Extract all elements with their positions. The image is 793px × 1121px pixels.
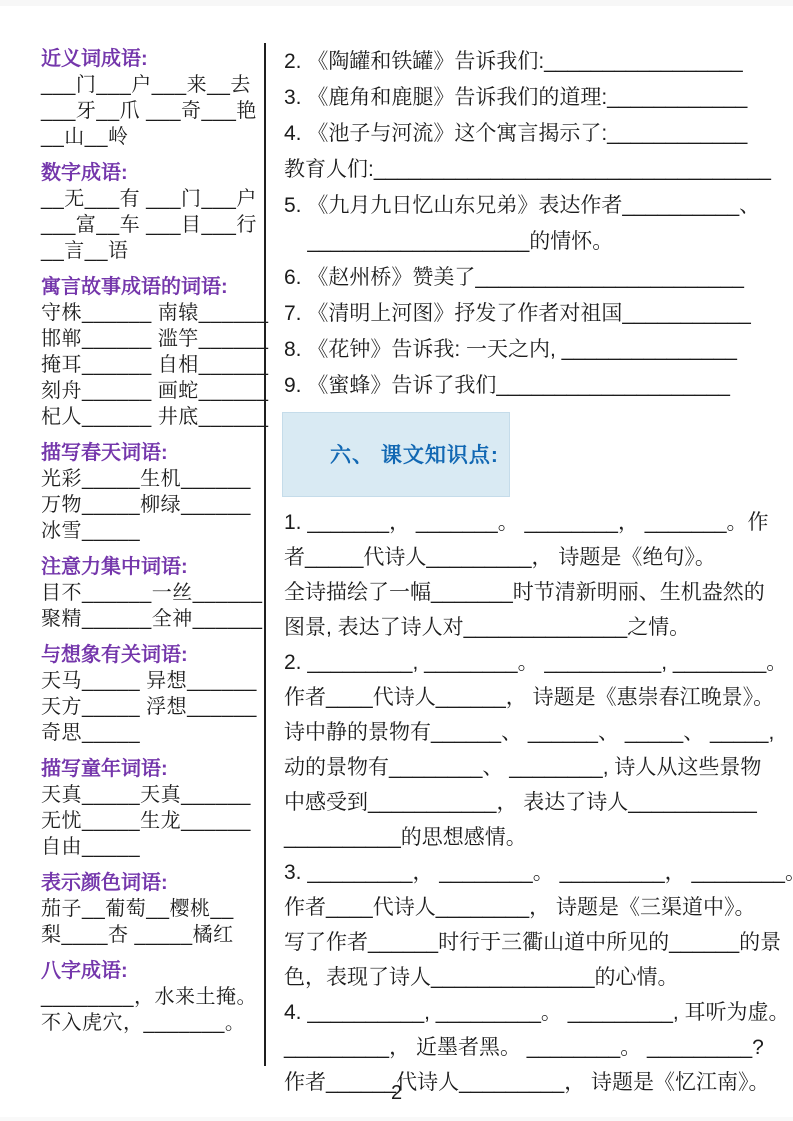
knowledge-point-line: 作者____代诗人________， 诗题是《三渠道中》。 bbox=[284, 890, 784, 925]
word-category-title: 八字成语: bbox=[41, 958, 263, 984]
question-line: 教育人们:__________________________________ bbox=[284, 152, 784, 188]
question-line: 4. 《池子与河流》这个寓言揭示了:____________ bbox=[284, 116, 784, 152]
fill-blank-line: 天方_____ 浮想______ bbox=[41, 694, 263, 720]
fill-blank-line: __山__岭 bbox=[41, 124, 263, 150]
word-category-title: 表示颜色词语: bbox=[41, 870, 263, 896]
section-header: 六、 课文知识点: bbox=[282, 412, 510, 497]
fill-blank-line: 守株______ 南辕______ bbox=[41, 300, 263, 326]
knowledge-point-line: 作者____代诗人______， 诗题是《惠崇春江晚景》。 bbox=[284, 680, 784, 715]
page-bottom-edge bbox=[0, 1117, 793, 1121]
knowledge-point-line: 中感受到___________， 表达了诗人___________ bbox=[284, 785, 784, 820]
fill-blank-line: 刻舟______ 画蛇______ bbox=[41, 378, 263, 404]
fill-blank-line: 聚精______全神______ bbox=[41, 606, 263, 632]
question-line: 7. 《清明上河图》抒发了作者对祖国___________ bbox=[284, 296, 784, 332]
question-line: 9. 《蜜蜂》告诉了我们____________________ bbox=[284, 368, 784, 404]
page-top-edge bbox=[0, 0, 793, 6]
left-column: 近义词成语:___门___户___来__去___牙__爪 ___奇___艳__山… bbox=[41, 46, 263, 1036]
fill-blank-line: 邯郸______ 滥竽______ bbox=[41, 326, 263, 352]
knowledge-point-line: 写了作者______时行于三衢山道中所见的______的景 bbox=[284, 925, 784, 960]
fill-blank-line: 无忧_____生龙______ bbox=[41, 808, 263, 834]
column-divider bbox=[264, 43, 266, 1066]
fill-blank-line: ________，水来土掩。 bbox=[41, 984, 263, 1010]
knowledge-point-line: 者_____代诗人_________， 诗题是《绝句》。 bbox=[284, 540, 784, 575]
fill-blank-line: 万物_____柳绿______ bbox=[41, 492, 263, 518]
knowledge-point-line: 色，表现了诗人______________的心情。 bbox=[284, 960, 784, 995]
knowledge-points-list: 1. _______， _______。 ________， _______。作… bbox=[284, 505, 784, 1100]
fill-blank-line: ___牙__爪 ___奇___艳 bbox=[41, 98, 263, 124]
knowledge-point-line: 诗中静的景物有______、 ______、 _____、 _____, bbox=[284, 715, 784, 750]
fill-blank-line: __言__语 bbox=[41, 238, 263, 264]
questions-list: 2. 《陶罐和铁罐》告诉我们:_________________3. 《鹿角和鹿… bbox=[284, 44, 784, 404]
fill-blank-line: ___富__车 ___目___行 bbox=[41, 212, 263, 238]
word-category-title: 注意力集中词语: bbox=[41, 554, 263, 580]
fill-blank-line: 光彩_____生机______ bbox=[41, 466, 263, 492]
page-number: 2 bbox=[0, 1082, 793, 1105]
fill-blank-line: 掩耳______ 自相______ bbox=[41, 352, 263, 378]
fill-blank-line: 茄子__葡萄__樱桃__ bbox=[41, 896, 263, 922]
fill-blank-line: 目不______一丝______ bbox=[41, 580, 263, 606]
fill-blank-line: 不入虎穴，_______。 bbox=[41, 1010, 263, 1036]
word-category-title: 寓言故事成语的词语: bbox=[41, 274, 263, 300]
knowledge-point-line: 3. _________， ________。 _________， _____… bbox=[284, 855, 784, 890]
question-line: 8. 《花钟》告诉我: 一天之内, _______________ bbox=[284, 332, 784, 368]
word-category-title: 描写童年词语: bbox=[41, 756, 263, 782]
word-category-title: 与想象有关词语: bbox=[41, 642, 263, 668]
worksheet-page: 近义词成语:___门___户___来__去___牙__爪 ___奇___艳__山… bbox=[0, 0, 793, 1121]
knowledge-point-line: 图景, 表达了诗人对______________之情。 bbox=[284, 610, 784, 645]
question-line: 6. 《赵州桥》赞美了_______________________ bbox=[284, 260, 784, 296]
fill-blank-line: 天马_____ 异想______ bbox=[41, 668, 263, 694]
knowledge-point-line: 动的景物有________、 ________, 诗人从这些景物 bbox=[284, 750, 784, 785]
knowledge-point-line: 全诗描绘了一幅_______时节清新明丽、生机盎然的 bbox=[284, 575, 784, 610]
question-line: ___________________的情怀。 bbox=[284, 224, 784, 260]
fill-blank-line: ___门___户___来__去 bbox=[41, 72, 263, 98]
knowledge-point-line: _________， 近墨者黑。 ________。 _________? bbox=[284, 1030, 784, 1065]
fill-blank-line: 奇思_____ bbox=[41, 720, 263, 746]
knowledge-point-line: 4. __________, _________。 _________, 耳听为… bbox=[284, 995, 784, 1030]
fill-blank-line: 冰雪_____ bbox=[41, 518, 263, 544]
fill-blank-line: 杞人______ 井底______ bbox=[41, 404, 263, 430]
question-line: 3. 《鹿角和鹿腿》告诉我们的道理:____________ bbox=[284, 80, 784, 116]
word-category-title: 描写春天词语: bbox=[41, 440, 263, 466]
word-category-title: 近义词成语: bbox=[41, 46, 263, 72]
right-column: 2. 《陶罐和铁罐》告诉我们:_________________3. 《鹿角和鹿… bbox=[284, 44, 784, 1100]
section-header-text: 六、 课文知识点: bbox=[330, 444, 499, 467]
fill-blank-line: 梨____杏 _____橘红 bbox=[41, 922, 263, 948]
knowledge-point-line: 1. _______， _______。 ________， _______。作 bbox=[284, 505, 784, 540]
question-line: 2. 《陶罐和铁罐》告诉我们:_________________ bbox=[284, 44, 784, 80]
knowledge-point-line: 2. _________, ________。 __________, ____… bbox=[284, 645, 784, 680]
fill-blank-line: 天真_____天真______ bbox=[41, 782, 263, 808]
fill-blank-line: 自由_____ bbox=[41, 834, 263, 860]
question-line: 5. 《九月九日忆山东兄弟》表达作者__________、 bbox=[284, 188, 784, 224]
knowledge-point-line: __________的思想感情。 bbox=[284, 820, 784, 855]
fill-blank-line: __无___有 ___门___户 bbox=[41, 186, 263, 212]
word-category-title: 数字成语: bbox=[41, 160, 263, 186]
